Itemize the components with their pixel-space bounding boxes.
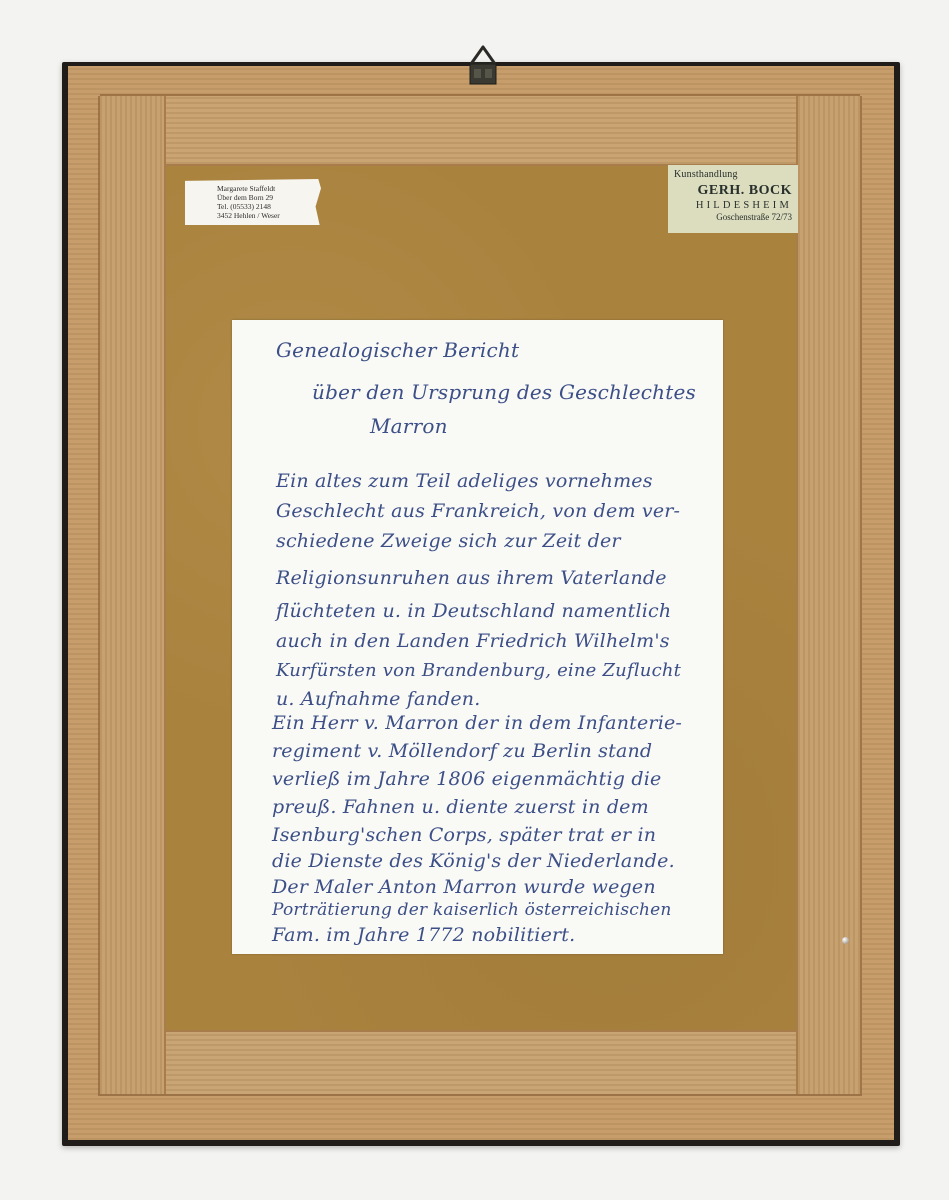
backing-strip-top <box>100 96 860 166</box>
dealer-type: Kunsthandlung <box>674 169 792 180</box>
owner-name: Margarete Staffeldt <box>217 184 321 193</box>
letter-title-line: über den Ursprung des Geschlechtes <box>312 380 696 404</box>
dealer-name: GERH. BOCK <box>674 183 792 199</box>
letter-title-line: Marron <box>370 414 448 438</box>
letter-body-line: Porträtierung der kaiserlich österreichi… <box>272 900 672 920</box>
letter-body-line: Kurfürsten von Brandenburg, eine Zufluch… <box>276 660 681 681</box>
letter-body-line: Isenburg'schen Corps, später trat er in <box>272 824 656 846</box>
frame-nail <box>842 937 849 944</box>
backing-strip-bottom <box>100 1030 860 1096</box>
letter-body-line: auch in den Landen Friedrich Wilhelm's <box>276 630 670 652</box>
owner-phone: Tel. (05533) 2148 <box>217 202 321 211</box>
letter-body-line: preuß. Fahnen u. diente zuerst in dem <box>272 796 649 818</box>
letter-body-line: Ein Herr v. Marron der in dem Infanterie… <box>272 712 682 734</box>
letter-body-line: regiment v. Möllendorf zu Berlin stand <box>272 740 652 762</box>
fold-line <box>98 96 100 1096</box>
letter-body-line: Religionsunruhen aus ihrem Vaterlande <box>276 567 667 589</box>
letter-body-line: Der Maler Anton Marron wurde wegen <box>272 876 656 898</box>
letter-body-line: Ein altes zum Teil adeliges vornehmes <box>276 470 653 492</box>
letter-body-line: schiedene Zweige sich zur Zeit der <box>276 530 621 552</box>
owner-city: 3452 Hehlen / Weser <box>217 211 321 220</box>
dealer-street: Goschenstraße 72/73 <box>674 212 792 222</box>
letter-body-line: verließ im Jahre 1806 eigenmächtig die <box>272 768 661 790</box>
letter-body-line: Geschlecht aus Frankreich, von dem ver- <box>276 500 680 522</box>
owner-address-label: Margarete Staffeldt Über dem Born 29 Tel… <box>185 179 321 225</box>
art-dealer-label: Kunsthandlung GERH. BOCK HILDESHEIM Gosc… <box>668 165 798 233</box>
letter-title-line: Genealogischer Bericht <box>276 338 519 362</box>
letter-body-line: u. Aufnahme fanden. <box>276 688 481 710</box>
letter-body-line: flüchteten u. in Deutschland namentlich <box>276 600 671 622</box>
owner-street: Über dem Born 29 <box>217 193 321 202</box>
letter-body-line: die Dienste des König's der Niederlande. <box>272 850 675 872</box>
backing-strip-right <box>796 96 862 1094</box>
letter-body-line: Fam. im Jahre 1772 nobilitiert. <box>272 924 575 946</box>
dealer-city: HILDESHEIM <box>674 200 792 211</box>
hanger-icon <box>466 44 500 88</box>
fold-line <box>860 96 862 1096</box>
fold-line <box>100 94 860 96</box>
backing-strip-left <box>100 96 166 1094</box>
fold-line <box>100 1094 860 1096</box>
